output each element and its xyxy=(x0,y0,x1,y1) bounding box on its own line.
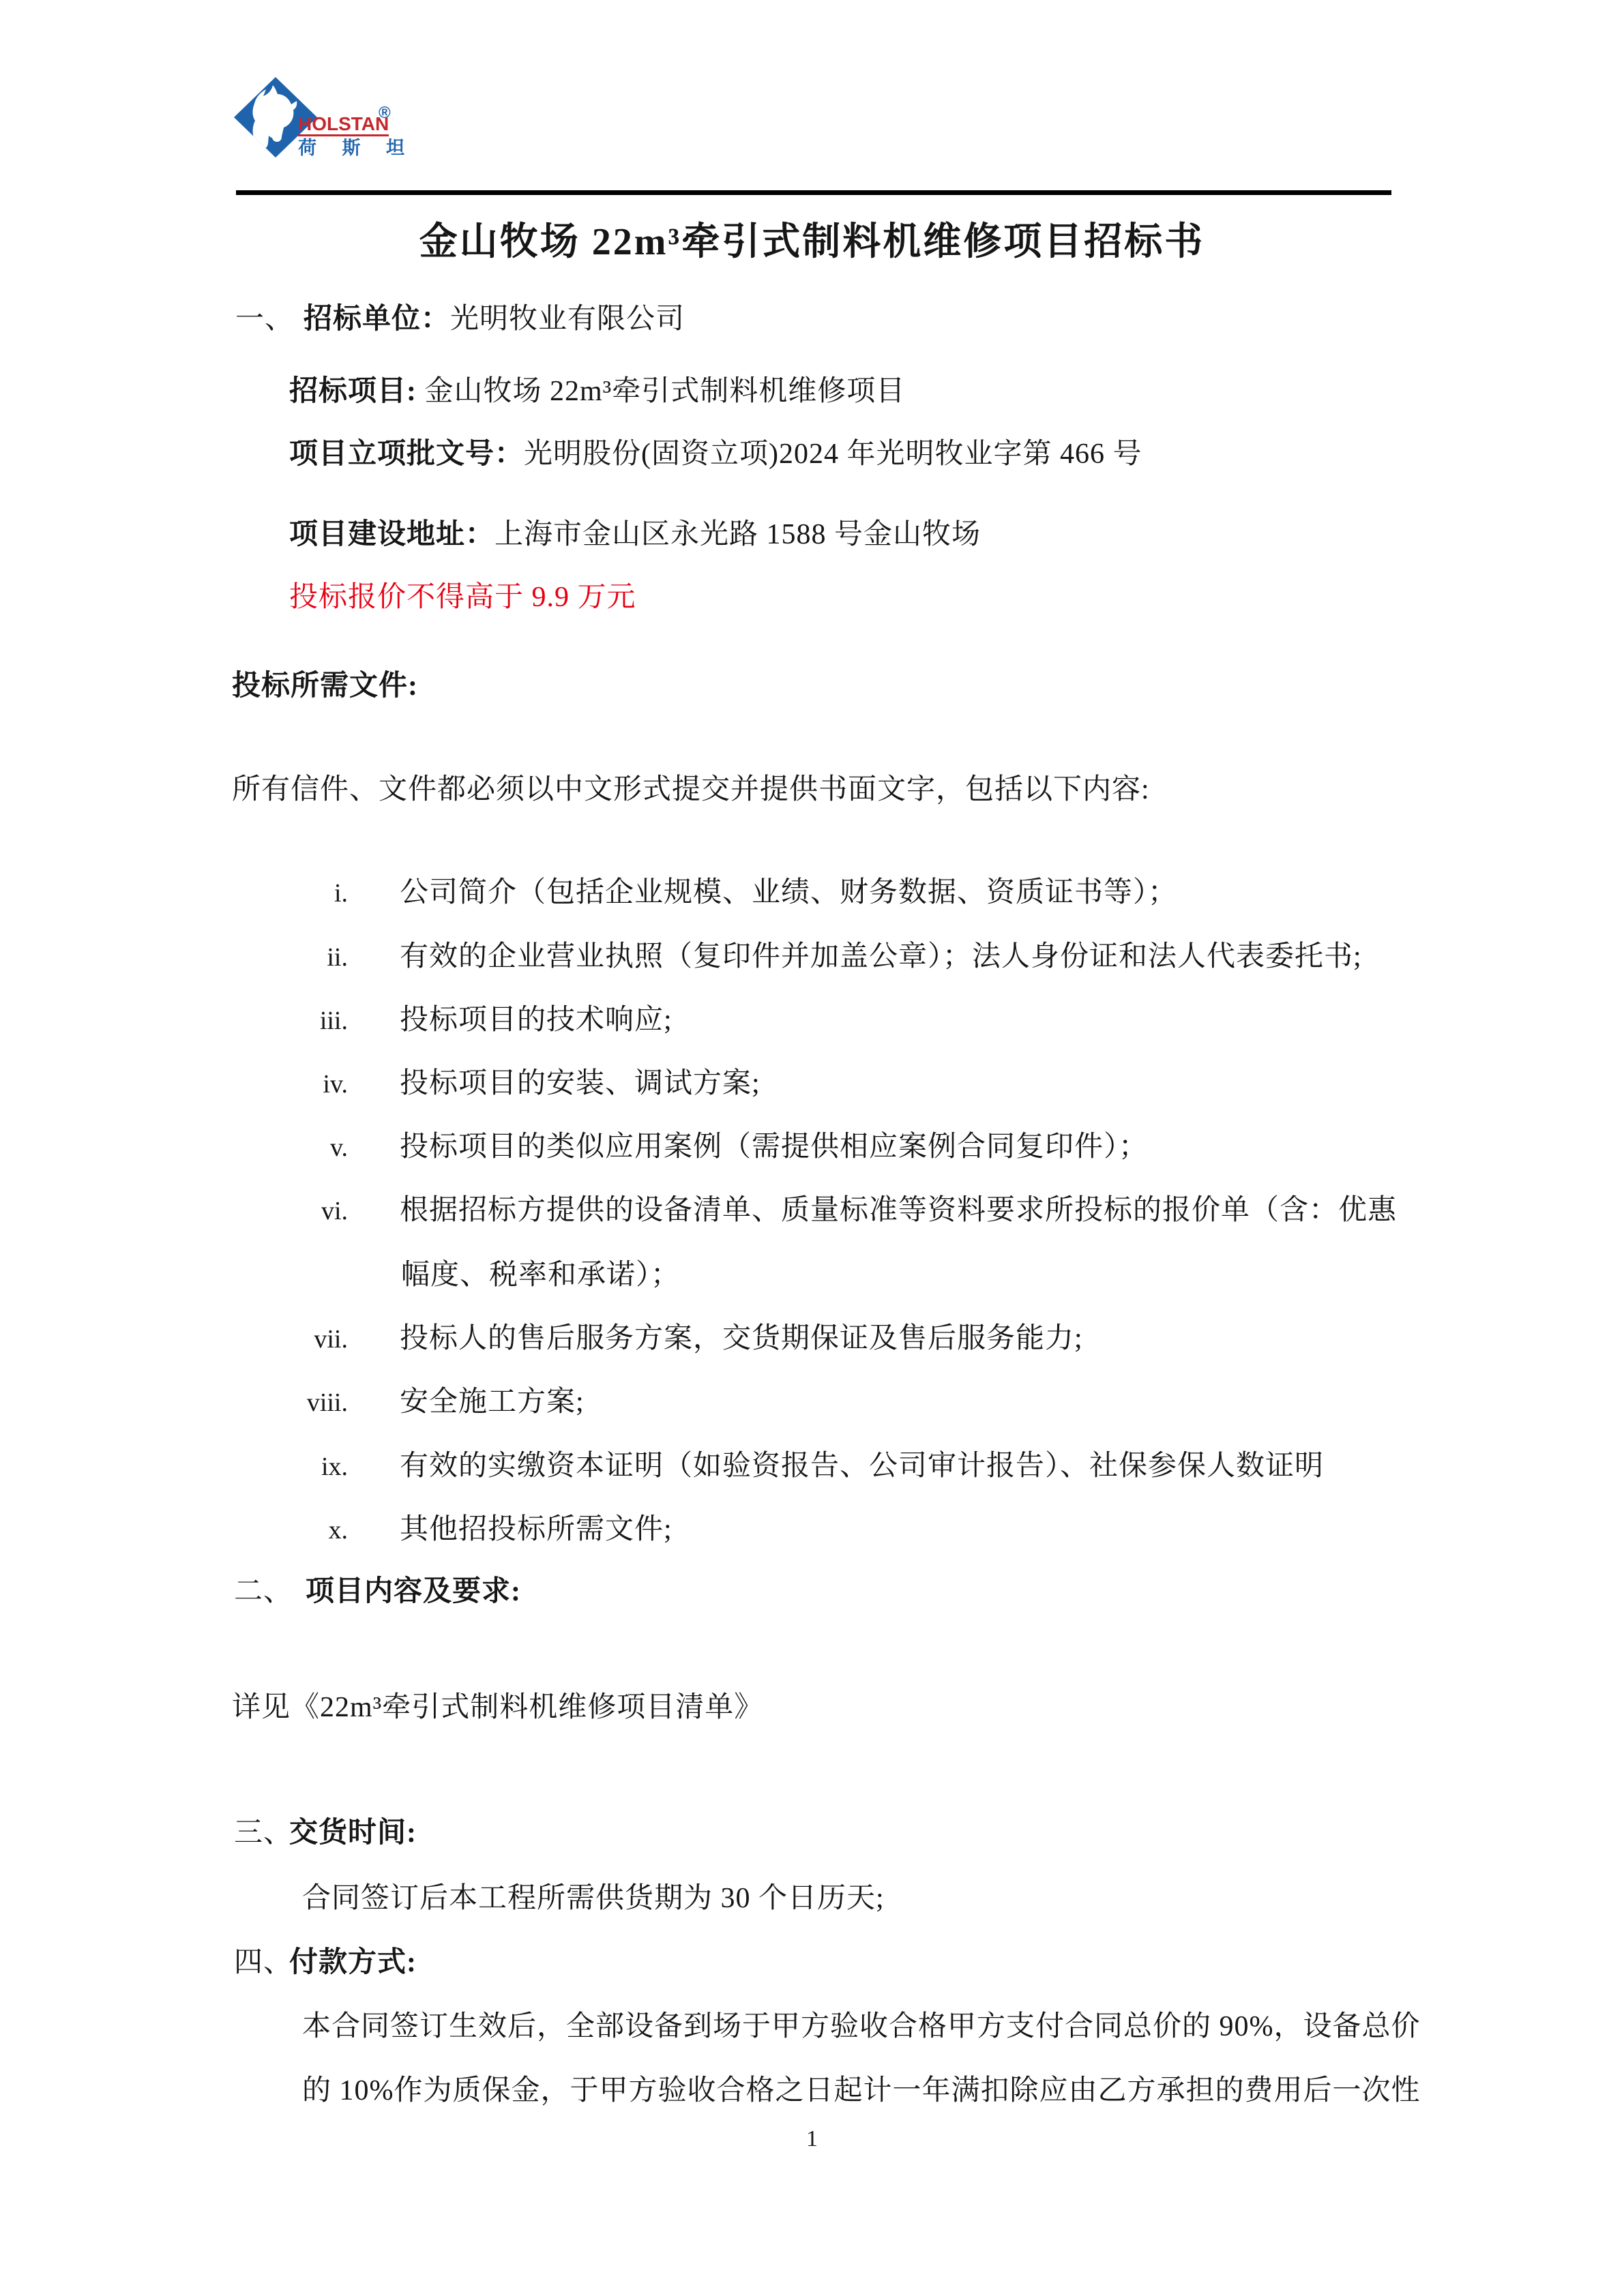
list-text: 其他招投标所需文件; xyxy=(400,1512,673,1548)
doc-item-ii: ii.有效的企业营业执照（复印件并加盖公章）；法人身份证和法人代表委托书; xyxy=(286,939,1362,975)
section-four-heading: 四、付款方式: xyxy=(234,1945,417,1981)
doc-item-vi: vi.根据招标方提供的设备清单、质量标准等资料要求所投标的报价单（含：优惠 xyxy=(286,1193,1397,1229)
field-label: 招标单位： xyxy=(304,303,450,335)
required-docs-heading: 投标所需文件: xyxy=(232,668,418,704)
section-number: 四、 xyxy=(234,1945,289,1981)
page-number: 1 xyxy=(0,2126,1624,2152)
field-value: 金山牧场 22m³牵引式制料机维修项目 xyxy=(425,376,906,407)
doc-item-vi-continuation: 幅度、税率和承诺）； xyxy=(401,1257,680,1294)
list-text: 有效的企业营业执照（复印件并加盖公章）；法人身份证和法人代表委托书; xyxy=(400,939,1362,975)
list-number: i. xyxy=(286,878,348,910)
doc-item-i: i.公司简介（包括企业规模、业绩、财务数据、资质证书等）； xyxy=(286,875,1177,911)
list-text: 有效的实缴资本证明（如验资报告、公司审计报告）、社保参保人数证明 xyxy=(400,1448,1324,1485)
field-label: 招标项目: xyxy=(289,376,425,407)
list-number: ii. xyxy=(286,942,348,974)
section-label: 付款方式: xyxy=(289,1947,417,1978)
section-number: 一、 xyxy=(235,301,304,338)
list-number: iv. xyxy=(286,1069,348,1101)
section-number: 二、 xyxy=(234,1574,306,1610)
doc-item-ix: ix.有效的实缴资本证明（如验资报告、公司审计报告）、社保参保人数证明 xyxy=(286,1448,1324,1485)
field-label: 项目立项批文号： xyxy=(289,438,524,470)
brand-name: HOLSTAN xyxy=(298,115,389,136)
list-number: x. xyxy=(286,1515,348,1547)
project-detail-reference: 详见《22m³牵引式制料机维修项目清单》 xyxy=(232,1690,763,1726)
list-number: ix. xyxy=(286,1451,348,1484)
field-value: 光明牧业有限公司 xyxy=(450,303,685,335)
list-text: 根据招标方提供的设备清单、质量标准等资料要求所投标的报价单（含：优惠 xyxy=(400,1193,1397,1229)
list-text: 公司简介（包括企业规模、业绩、财务数据、资质证书等）； xyxy=(400,875,1177,911)
field-value: 上海市金山区永光路 1588 号金山牧场 xyxy=(494,519,981,550)
bidder-line: 一、招标单位：光明牧业有限公司 xyxy=(235,301,685,338)
section-three-heading: 三、交货时间: xyxy=(234,1815,417,1851)
list-text: 安全施工方案; xyxy=(400,1384,585,1420)
section-number: 三、 xyxy=(234,1815,289,1851)
list-number: vi. xyxy=(286,1195,348,1228)
delivery-terms: 合同签订后本工程所需供货期为 30 个日历天; xyxy=(302,1881,885,1917)
brand-name-chinese: 荷 斯 坦 xyxy=(298,139,415,158)
approval-number-line: 项目立项批文号：光明股份(固资立项)2024 年光明牧业字第 466 号 xyxy=(289,436,1142,473)
payment-terms-line-2: 的 10%作为质保金，于甲方验收合格之日起计一年满扣除应由乙方承担的费用后一次性 xyxy=(302,2073,1421,2109)
doc-item-iii: iii.投标项目的技术响应; xyxy=(286,1002,673,1039)
document-title: 金山牧场 22m³牵引式制料机维修项目招标书 xyxy=(0,211,1624,266)
list-number: vii. xyxy=(286,1324,348,1356)
holstan-logo: HOLSTAN ® 荷 斯 坦 xyxy=(234,77,411,166)
doc-item-v: v.投标项目的类似应用案例（需提供相应案例合同复印件）； xyxy=(286,1129,1148,1165)
doc-item-x: x.其他招投标所需文件; xyxy=(286,1512,673,1548)
list-text: 投标项目的安装、调试方案; xyxy=(400,1066,761,1102)
list-number: v. xyxy=(286,1132,348,1165)
header-divider xyxy=(236,190,1391,195)
section-two-heading: 二、项目内容及要求: xyxy=(234,1574,521,1610)
doc-item-viii: viii.安全施工方案; xyxy=(286,1384,585,1420)
list-text: 投标项目的技术响应; xyxy=(400,1002,673,1039)
list-text: 投标项目的类似应用案例（需提供相应案例合同复印件）； xyxy=(400,1129,1148,1165)
list-number: iii. xyxy=(286,1005,348,1038)
docs-intro: 所有信件、文件都必须以中文形式提交并提供书面文字，包括以下内容: xyxy=(232,772,1150,808)
list-text: 投标人的售后服务方案，交货期保证及售后服务能力; xyxy=(400,1321,1083,1357)
doc-item-vii: vii.投标人的售后服务方案，交货期保证及售后服务能力; xyxy=(286,1321,1083,1357)
field-label: 项目建设地址： xyxy=(289,519,494,550)
registered-trademark-icon: ® xyxy=(379,104,391,123)
section-label: 项目内容及要求: xyxy=(306,1576,521,1607)
document-page: HOLSTAN ® 荷 斯 坦 金山牧场 22m³牵引式制料机维修项目招标书 一… xyxy=(0,0,1624,2296)
address-line: 项目建设地址：上海市金山区永光路 1588 号金山牧场 xyxy=(289,517,981,553)
section-label: 交货时间: xyxy=(289,1817,417,1849)
doc-item-iv: iv.投标项目的安装、调试方案; xyxy=(286,1066,761,1102)
list-number: viii. xyxy=(286,1387,348,1420)
project-line: 招标项目: 金山牧场 22m³牵引式制料机维修项目 xyxy=(289,374,905,410)
payment-terms-line-1: 本合同签订生效后，全部设备到场于甲方验收合格甲方支付合同总价的 90%，设备总价 xyxy=(302,2009,1421,2045)
logo-text-block: HOLSTAN ® 荷 斯 坦 xyxy=(298,115,415,158)
price-cap-line: 投标报价不得高于 9.9 万元 xyxy=(289,580,636,616)
field-value: 光明股份(固资立项)2024 年光明牧业字第 466 号 xyxy=(524,438,1142,470)
